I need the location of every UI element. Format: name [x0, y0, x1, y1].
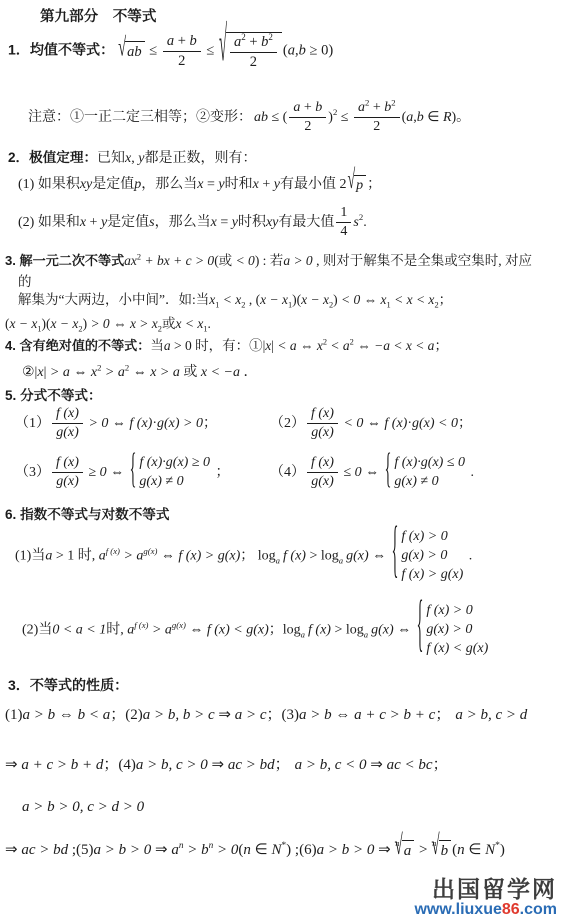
- math-run: g(x) > 0: [401, 548, 447, 563]
- math-run: x − x: [260, 292, 288, 307]
- math-run: a > 0: [283, 253, 312, 268]
- math-run: n: [243, 842, 251, 858]
- sec6-heading: 6. 指数不等式与对数不等式: [5, 507, 169, 525]
- text-run: ≤: [337, 110, 352, 125]
- text-run: 时和: [225, 177, 253, 192]
- math-run: > 0: [87, 316, 110, 331]
- math-run: a: [288, 43, 295, 59]
- text-run: ): [500, 842, 505, 858]
- math-run: < a: [327, 338, 350, 353]
- text-run: ⇔: [332, 707, 355, 723]
- text-run: 或: [180, 365, 201, 380]
- text-run: ；: [433, 757, 448, 773]
- math-run: f (x): [134, 620, 148, 630]
- text-run: > log: [331, 623, 364, 638]
- fraction-denominator: 2: [163, 52, 201, 70]
- text-run: ； log: [240, 549, 275, 564]
- math-run: b: [441, 843, 449, 859]
- fraction-denominator: g(x): [307, 424, 338, 441]
- text-run: +: [86, 215, 101, 230]
- math-run: a > b > 0: [94, 842, 152, 858]
- text-run: )(: [42, 316, 51, 331]
- sec2-item2: (2) 如果和x + y是定值s，那么当x = y时积xy有最大值14s2.: [18, 205, 367, 240]
- props-line2: ⇒ a + c > b + d；(4)a > b, c > 0 ⇒ ac > b…: [5, 756, 448, 775]
- subscript: a: [364, 629, 368, 639]
- text-run: 4: [340, 224, 347, 239]
- square-root: √p: [347, 175, 366, 195]
- math-run: a: [364, 629, 368, 639]
- cases-row: g(x) > 0: [401, 547, 447, 566]
- text-run: 的: [18, 274, 32, 289]
- radical-icon: √: [431, 833, 439, 861]
- text-run: ⇔: [362, 465, 383, 480]
- text-run: =: [217, 215, 232, 230]
- props-line3: a > b > 0, c > d > 0: [22, 798, 144, 817]
- math-run: > a: [46, 365, 69, 380]
- math-run: g(x) ≠ 0: [394, 474, 438, 489]
- text-run: ⇒: [5, 757, 21, 773]
- math-run: f (x) > 0: [426, 603, 472, 618]
- text-run: ∈: [424, 110, 443, 125]
- fraction: f (x)g(x): [307, 455, 338, 490]
- math-run: b < a: [78, 707, 111, 723]
- cases-row: f (x) > g(x): [401, 566, 463, 585]
- radical-icon: √: [219, 22, 227, 72]
- math-run: a: [276, 555, 280, 565]
- text-run: ，那么当: [155, 215, 211, 230]
- text-run: (1)当: [15, 549, 45, 564]
- text-run: >: [415, 842, 431, 858]
- text-run: ；(3): [267, 707, 300, 723]
- sec6-item2: (2)当0 < a < 1时, af (x) > ag(x) ⇔ f (x) <…: [22, 602, 490, 659]
- text-run: =: [203, 177, 218, 192]
- props-line1: (1)a > b ⇔ b < a；(2)a > b, b > c ⇒ a > c…: [5, 706, 527, 725]
- fraction-denominator: 2: [289, 118, 326, 135]
- text-run: ∈: [465, 842, 486, 858]
- math-run: g(x): [311, 474, 334, 489]
- brace-icon: {: [417, 599, 424, 662]
- text-run: .: [467, 465, 474, 480]
- text-run: 是定值: [92, 177, 134, 192]
- props-line4: ⇒ ac > bd ;(5)a > b > 0 ⇒ an > bn > 0(n …: [5, 840, 505, 861]
- sec1-note: 注意：①一正二定三相等；②变形：ab ≤ (a + b2)2 ≤ a2 + b2…: [28, 100, 470, 135]
- text-run: ⇒: [208, 757, 228, 773]
- math-run: a > b > 0, c > d > 0: [22, 799, 144, 815]
- fraction-numerator: a + b: [163, 33, 201, 52]
- math-run: xy: [266, 215, 278, 230]
- text-run: ⇔: [129, 365, 150, 380]
- sec4-heading: 4. 含有绝对值的不等式：当a > 0 时，有：①|x| < a ⇔ x2 < …: [5, 338, 448, 355]
- math-run: f (x): [106, 546, 120, 556]
- text-run: 2: [268, 32, 273, 42]
- radicand: p: [354, 175, 366, 195]
- math-run: ac > bd: [228, 757, 275, 773]
- fraction-numerator: f (x): [52, 406, 83, 424]
- sec4-item2: ②|x| > a ⇔ x2 > a2 ⇔ x > a 或 x < −a ．: [22, 364, 257, 382]
- text-run: ⇒: [374, 842, 394, 858]
- site-logo: 出国留学网 www.liuxue86.com: [414, 877, 557, 919]
- text-run: ≥ 0): [306, 43, 333, 59]
- text-run: ⇔: [394, 623, 415, 638]
- sec3-line3: (x − x1)(x − x2) > 0 ⇔ x > x2或x < x1.: [5, 316, 211, 333]
- math-run: a > b: [299, 707, 332, 723]
- math-run: f (x)·g(x) ≤ 0: [394, 455, 465, 470]
- text-run: ∈: [251, 842, 272, 858]
- math-run: f (x): [384, 416, 407, 431]
- sec5-item3: （3）f (x)g(x) ≥ 0 ⇔ {f (x)·g(x) ≥ 0g(x) ≠…: [15, 454, 230, 492]
- math-run: ac > bd: [21, 842, 68, 858]
- math-run: f (x): [283, 549, 306, 564]
- math-run: f (x): [311, 406, 334, 421]
- math-run: < 0: [232, 253, 255, 268]
- text-run: (1) 如果积: [18, 177, 80, 192]
- bold-text-run: 4. 含有绝对值的不等式：: [5, 338, 150, 353]
- math-run: a > b, b > c: [143, 707, 215, 723]
- text-run: 2: [250, 54, 257, 70]
- math-run: > a: [148, 623, 171, 638]
- text-run: +: [174, 33, 189, 49]
- text-run: ；(4): [103, 757, 136, 773]
- square-root: √a2 + b22: [219, 32, 282, 70]
- superscript: 2: [268, 32, 273, 42]
- math-run: b: [299, 43, 306, 59]
- math-run: a: [167, 33, 174, 49]
- text-run: 时,: [106, 623, 127, 638]
- math-run: < 0: [435, 416, 458, 431]
- bold-text-run: 第九部分 不等式: [40, 9, 156, 25]
- document-page: ⇒ ac > bd ;(5)a > b > 0 ⇒ an > bn > 0(n …: [0, 0, 567, 923]
- radical-icon: √: [395, 833, 403, 861]
- fraction: 14: [336, 205, 351, 240]
- bold-text-run: 5. 分式不等式：: [5, 388, 102, 403]
- math-run: f (x): [311, 455, 334, 470]
- sec5-item4: （4）f (x)g(x) ≤ 0 ⇔ {f (x)·g(x) ≤ 0g(x) ≠…: [270, 454, 474, 492]
- math-run: f (x) < g(x): [426, 641, 488, 656]
- fraction: a2 + b22: [354, 100, 400, 135]
- text-run: ⇔: [108, 416, 129, 431]
- bold-text-run: 3. 解一元二次不等式: [5, 253, 124, 268]
- text-run: (2) 如果和: [18, 215, 80, 230]
- math-run: < 0: [338, 292, 361, 307]
- math-run: g(x): [143, 546, 157, 556]
- text-run: ⇔: [107, 465, 128, 480]
- bold-text-run: 2．极值定理：: [8, 150, 97, 165]
- math-run: g(x): [56, 474, 79, 489]
- math-run: f (x): [308, 623, 331, 638]
- text-run: ；: [367, 177, 381, 192]
- fraction-denominator: g(x): [52, 424, 83, 441]
- text-run: 有最大值: [278, 215, 334, 230]
- fraction-numerator: 1: [336, 205, 351, 223]
- sec5-item2: （2）f (x)g(x) < 0 ⇔ f (x)·g(x) < 0；: [270, 406, 472, 441]
- math-run: > b: [184, 842, 209, 858]
- text-run: , 则对于解集不是全集或空集时, 对应: [313, 253, 532, 268]
- text-run: ②|: [22, 365, 37, 380]
- text-run: ；: [212, 465, 230, 480]
- bold-text-run: 6. 指数不等式与对数不等式: [5, 507, 169, 522]
- cases-row: g(x) ≠ 0: [394, 473, 438, 492]
- text-run: ≤: [203, 43, 218, 59]
- math-run: a > b, c > d: [455, 707, 527, 723]
- math-run: a: [301, 629, 305, 639]
- math-run: g(x): [56, 425, 79, 440]
- math-run: x − x: [301, 292, 329, 307]
- fraction: a2 + b22: [230, 34, 277, 70]
- cases-group: {f (x)·g(x) ≥ 0g(x) ≠ 0: [130, 454, 210, 492]
- math-run: x − x: [51, 316, 79, 331]
- text-run: ；: [458, 416, 472, 431]
- math-run: a > c: [235, 707, 267, 723]
- math-run: x < x: [175, 316, 203, 331]
- sec2-heading: 2．极值定理：已知x, y都是正数，则有：: [8, 150, 256, 168]
- subscript: a: [339, 555, 343, 565]
- text-run: （1）: [15, 416, 50, 431]
- text-run: > log: [306, 549, 339, 564]
- text-run: ⇔: [55, 707, 78, 723]
- math-run: > 0: [180, 416, 203, 431]
- math-run: g(x): [371, 623, 394, 638]
- superscript: g(x): [172, 620, 186, 630]
- square-root: n√a: [395, 840, 414, 861]
- text-run: ；: [434, 338, 448, 353]
- text-run: 注意：①一正二定三相等；②变形：: [28, 110, 252, 125]
- bold-text-run: 3．不等式的性质：: [8, 677, 128, 693]
- math-run: f (x): [129, 416, 152, 431]
- cases-rows: f (x)·g(x) ≤ 0g(x) ≠ 0: [394, 454, 465, 492]
- text-run: +: [369, 100, 384, 115]
- text-run: 2: [373, 119, 380, 134]
- text-run: 都是正数，则有：: [144, 151, 256, 166]
- math-run: a > b, c > 0: [136, 757, 208, 773]
- text-run: ⇔: [363, 416, 384, 431]
- math-run: g(x): [157, 416, 180, 431]
- text-run: （2）: [270, 416, 305, 431]
- math-run: ab: [254, 110, 268, 125]
- text-run: 已知: [97, 151, 125, 166]
- math-run: b: [315, 100, 322, 115]
- text-run: )。: [452, 110, 471, 125]
- cases-group: {f (x) > 0g(x) > 0f (x) > g(x): [392, 528, 464, 585]
- square-root: n√b: [432, 840, 451, 861]
- math-run: a: [358, 100, 365, 115]
- text-run: )(: [292, 292, 301, 307]
- text-run: ；: [275, 757, 290, 773]
- text-run: 解集为“大两边，小中间”．如:当: [18, 292, 209, 307]
- math-run: g(x): [412, 416, 435, 431]
- fraction-numerator: a2 + b2: [354, 100, 400, 118]
- math-run: a: [99, 549, 106, 564]
- cases-row: f (x)·g(x) ≤ 0: [394, 454, 465, 473]
- text-run: ．: [240, 365, 258, 380]
- text-run: ≤ (: [268, 110, 287, 125]
- text-run: ;(5): [68, 842, 93, 858]
- cases-rows: f (x) > 0g(x) > 0f (x) < g(x): [426, 602, 488, 659]
- bold-text-run: 1．均值不等式：: [8, 42, 114, 58]
- math-run: f (x) > g(x): [178, 549, 240, 564]
- text-run: ；log: [269, 623, 301, 638]
- math-run: x < −a: [201, 365, 240, 380]
- sec5-heading: 5. 分式不等式：: [5, 388, 102, 406]
- text-run: ⇔: [186, 623, 207, 638]
- math-run: ac < bc: [387, 757, 433, 773]
- sec5-item1: （1）f (x)g(x) > 0 ⇔ f (x)·g(x) > 0；: [15, 406, 217, 441]
- math-run: > a: [120, 549, 143, 564]
- text-run: (2)当: [22, 623, 52, 638]
- math-run: g(x): [311, 425, 334, 440]
- superscript: f (x): [106, 546, 120, 556]
- math-run: b: [190, 33, 197, 49]
- math-run: > 0: [213, 842, 238, 858]
- sec3-heading: 3. 解一元二次不等式ax2 + bx + c > 0(或 < 0) : 若a …: [5, 253, 532, 270]
- math-run: ≤ 0: [340, 465, 362, 480]
- site-name: 出国留学网: [414, 877, 557, 901]
- math-run: x > a: [150, 365, 180, 380]
- math-run: a: [339, 555, 343, 565]
- radical-icon: √: [347, 168, 355, 195]
- text-run: .: [465, 549, 472, 564]
- site-url-prefix: www.liuxue: [414, 901, 501, 918]
- site-url-suffix: .com: [520, 901, 557, 918]
- math-run: f (x) > g(x): [401, 567, 463, 582]
- math-run: a > b > 0: [317, 842, 375, 858]
- math-run: a: [164, 338, 171, 353]
- text-run: ⇒: [151, 842, 171, 858]
- math-run: R: [443, 110, 452, 125]
- text-run: ⇔: [110, 316, 130, 331]
- cases-row: g(x) > 0: [426, 621, 472, 640]
- math-run: < x: [219, 292, 241, 307]
- site-url: www.liuxue86.com: [414, 901, 557, 919]
- fraction-numerator: f (x): [307, 406, 338, 424]
- sec6-item1: (1)当a > 1 时, af (x) > ag(x) ⇔ f (x) > g(…: [15, 528, 472, 585]
- fraction-numerator: a + b: [289, 100, 326, 118]
- math-run: g(x): [346, 549, 369, 564]
- text-run: ⇔: [157, 549, 178, 564]
- brace-icon: {: [130, 452, 137, 494]
- doc-title: 第九部分 不等式: [40, 8, 156, 27]
- text-run: +: [259, 177, 274, 192]
- text-run: +: [246, 34, 261, 50]
- math-run: > a: [101, 365, 124, 380]
- cases-row: f (x) > 0: [401, 528, 447, 547]
- math-run: n: [457, 842, 465, 858]
- fraction-denominator: 4: [336, 223, 351, 240]
- fraction-numerator: a2 + b2: [230, 34, 277, 53]
- text-run: > 0 时，有：①|: [171, 338, 266, 353]
- cases-row: f (x) < g(x): [426, 640, 488, 659]
- radicand: b: [439, 840, 452, 861]
- math-run: < x < x: [391, 292, 435, 307]
- text-run: ；: [439, 292, 453, 307]
- text-run: （4）: [270, 465, 305, 480]
- text-run: （3）: [15, 465, 50, 480]
- cases-row: f (x)·g(x) ≥ 0: [139, 454, 210, 473]
- square-root: √ab: [118, 41, 144, 61]
- cases-row: g(x) ≠ 0: [139, 473, 183, 492]
- radical-icon: √: [118, 36, 126, 62]
- fraction: f (x)g(x): [52, 406, 83, 441]
- text-run: .: [363, 215, 367, 230]
- math-run: x > x: [130, 316, 158, 331]
- text-run: ⇔: [354, 338, 374, 353]
- fraction-denominator: g(x): [307, 473, 338, 490]
- fraction-denominator: 2: [354, 118, 400, 135]
- math-run: g(x) > 0: [426, 622, 472, 637]
- cases-rows: f (x)·g(x) ≥ 0g(x) ≠ 0: [139, 454, 210, 492]
- math-run: x − x: [10, 316, 38, 331]
- math-run: > 0: [85, 416, 108, 431]
- text-run: 2: [391, 97, 395, 107]
- text-run: ，那么当: [141, 177, 197, 192]
- math-run: 0 < a < 1: [52, 623, 106, 638]
- text-run: ⇒: [367, 757, 387, 773]
- fraction-denominator: g(x): [52, 473, 83, 490]
- text-run: ⇔: [360, 292, 380, 307]
- text-run: ⇔: [297, 338, 317, 353]
- superscript: g(x): [143, 546, 157, 556]
- text-run: ⇒: [5, 842, 21, 858]
- subscript: a: [276, 555, 280, 565]
- math-run: a > b, c < 0: [295, 757, 367, 773]
- text-run: 或: [162, 316, 176, 331]
- text-run: ⇒: [215, 707, 235, 723]
- sec7-heading: 3．不等式的性质：: [8, 677, 128, 695]
- math-run: f (x) > 0: [401, 529, 447, 544]
- radicand: a2 + b22: [226, 32, 282, 70]
- radicand: a: [402, 840, 415, 861]
- math-run: f (x)·g(x) ≥ 0: [139, 455, 210, 470]
- text-run: (1): [5, 707, 23, 723]
- math-run: f (x): [56, 455, 79, 470]
- text-run: > 1 时,: [52, 549, 98, 564]
- sec2-item1: (1) 如果积xy是定值p，那么当x = y时和x + y有最小值 2√p；: [18, 175, 381, 195]
- math-run: g(x): [172, 620, 186, 630]
- math-run: a: [404, 843, 412, 859]
- text-run: ；: [203, 416, 217, 431]
- fraction: a + b2: [289, 100, 326, 135]
- math-run: a + c > b + d: [21, 757, 103, 773]
- math-run: ax: [124, 253, 137, 268]
- text-run: ；: [435, 707, 450, 723]
- text-run: , (: [245, 292, 260, 307]
- math-run: p: [356, 178, 363, 193]
- superscript: 2: [391, 97, 395, 107]
- math-run: g(x) ≠ 0: [139, 474, 183, 489]
- text-run: ) ;(6): [286, 842, 316, 858]
- math-run: ab: [127, 44, 142, 60]
- text-run: ≤: [146, 43, 161, 59]
- text-run: .: [208, 316, 211, 331]
- fraction-numerator: f (x): [52, 455, 83, 473]
- text-run: 有最小值 2: [280, 177, 347, 192]
- math-run: N: [485, 842, 495, 858]
- text-run: +: [300, 100, 315, 115]
- text-run: 当: [150, 338, 164, 353]
- text-run: ；(2): [110, 707, 143, 723]
- fraction-denominator: 2: [230, 53, 277, 71]
- sec1-mean-inequality: 1．均值不等式：√ab ≤ a + b2 ≤ √a2 + b22(a,b ≥ 0…: [8, 32, 333, 70]
- subscript: a: [301, 629, 305, 639]
- math-run: xy: [80, 177, 92, 192]
- radicand: ab: [125, 41, 145, 61]
- text-run: ) : 若: [255, 253, 284, 268]
- text-run: 2: [304, 119, 311, 134]
- math-run: b: [417, 110, 424, 125]
- math-run: < 0: [340, 416, 363, 431]
- text-run: ⇔: [70, 365, 91, 380]
- superscript: f (x): [134, 620, 148, 630]
- cases-row: f (x) > 0: [426, 602, 472, 621]
